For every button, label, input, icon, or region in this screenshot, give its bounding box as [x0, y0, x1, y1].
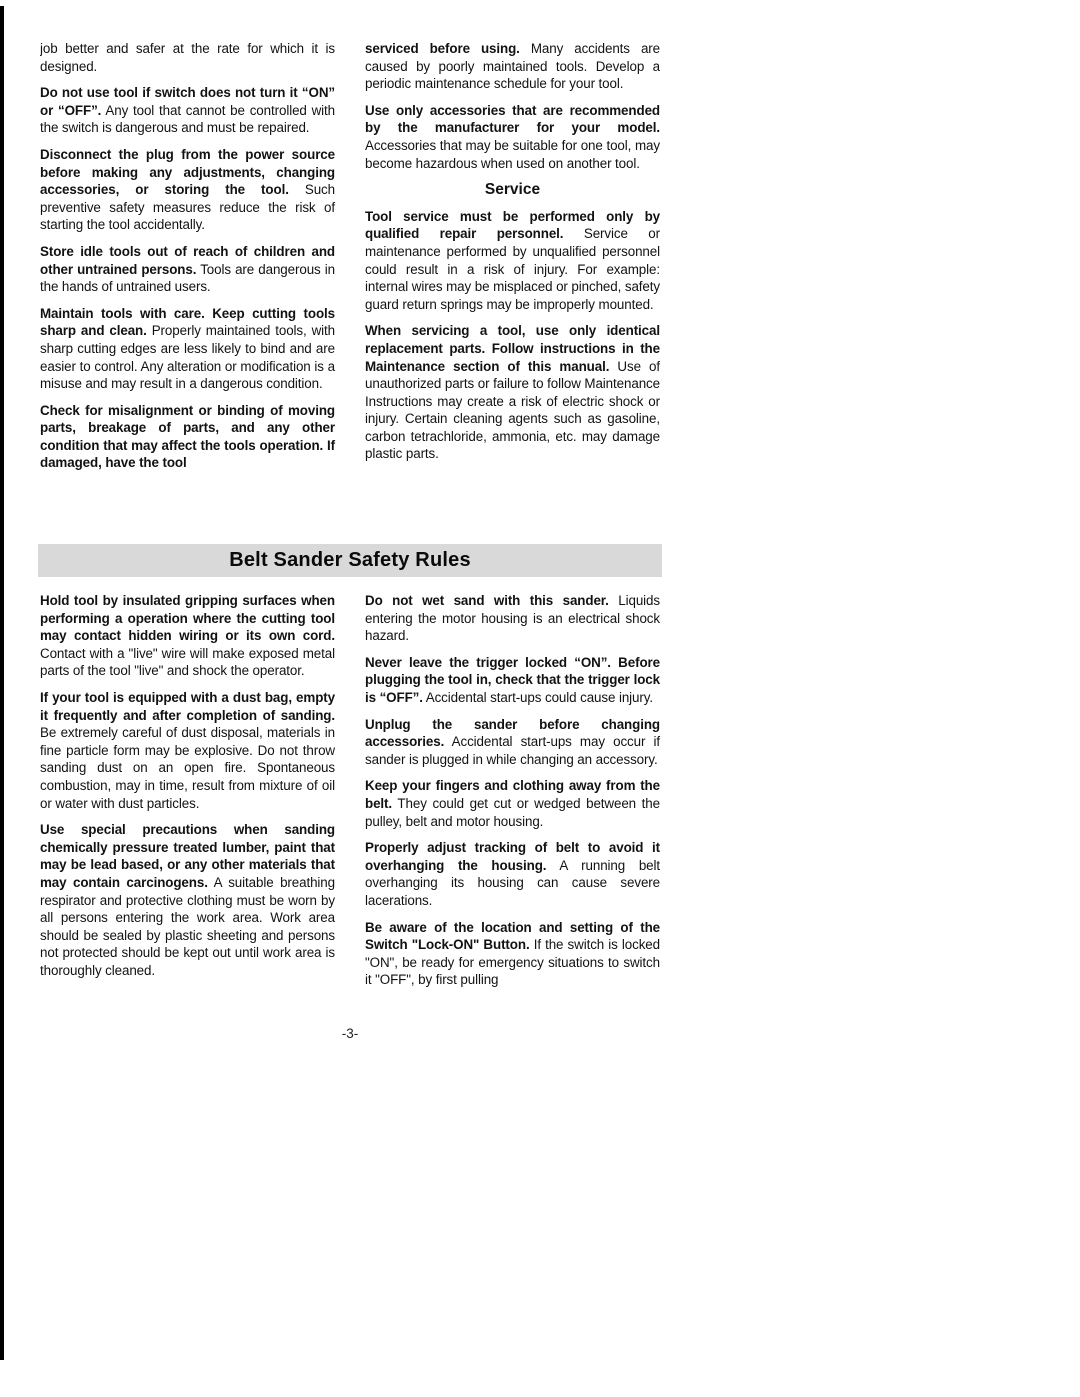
safety-paragraph: job better and safer at the rate for whi…	[40, 40, 335, 75]
scan-edge-artifact	[0, 6, 4, 1360]
safety-paragraph: Disconnect the plug from the power sourc…	[40, 146, 335, 234]
safety-paragraph: When servicing a tool, use only identica…	[365, 322, 660, 463]
safety-paragraph: Check for misalignment or binding of mov…	[40, 402, 335, 472]
safety-paragraph: Tool service must be performed only by q…	[365, 208, 660, 314]
safety-paragraph: Store idle tools out of reach of childre…	[40, 243, 335, 296]
safety-paragraph: serviced before using. Many accidents ar…	[365, 40, 660, 93]
safety-paragraph: Maintain tools with care. Keep cutting t…	[40, 305, 335, 393]
page-number: -3-	[40, 1026, 660, 1041]
safety-paragraph: Do not use tool if switch does not turn …	[40, 84, 335, 137]
belt-sander-safety-rules-header: Belt Sander Safety Rules	[38, 544, 662, 577]
general-left-column: job better and safer at the rate for whi…	[40, 40, 335, 544]
belt-left-column: Hold tool by insulated gripping surfaces…	[40, 592, 335, 998]
service-heading: Service	[365, 181, 660, 199]
safety-paragraph: Use special precautions when sanding che…	[40, 821, 335, 979]
manual-page: job better and safer at the rate for whi…	[0, 0, 1080, 1397]
safety-paragraph: Unplug the sander before changing access…	[365, 716, 660, 769]
page-content: job better and safer at the rate for whi…	[40, 40, 660, 1041]
safety-paragraph: Use only accessories that are recommende…	[365, 102, 660, 172]
belt-right-column: Do not wet sand with this sander. Liquid…	[365, 592, 660, 998]
general-safety-rules-continued-section: job better and safer at the rate for whi…	[40, 40, 660, 544]
safety-paragraph: Never leave the trigger locked “ON”. Bef…	[365, 654, 660, 707]
general-right-column: serviced before using. Many accidents ar…	[365, 40, 660, 544]
safety-paragraph: Be aware of the location and setting of …	[365, 919, 660, 989]
belt-sander-rules-section: Hold tool by insulated gripping surfaces…	[40, 592, 660, 998]
safety-paragraph: Do not wet sand with this sander. Liquid…	[365, 592, 660, 645]
safety-paragraph: Hold tool by insulated gripping surfaces…	[40, 592, 335, 680]
safety-paragraph: Keep your fingers and clothing away from…	[365, 777, 660, 830]
safety-paragraph: Properly adjust tracking of belt to avoi…	[365, 839, 660, 909]
section-title: Belt Sander Safety Rules	[229, 549, 471, 572]
safety-paragraph: If your tool is equipped with a dust bag…	[40, 689, 335, 812]
